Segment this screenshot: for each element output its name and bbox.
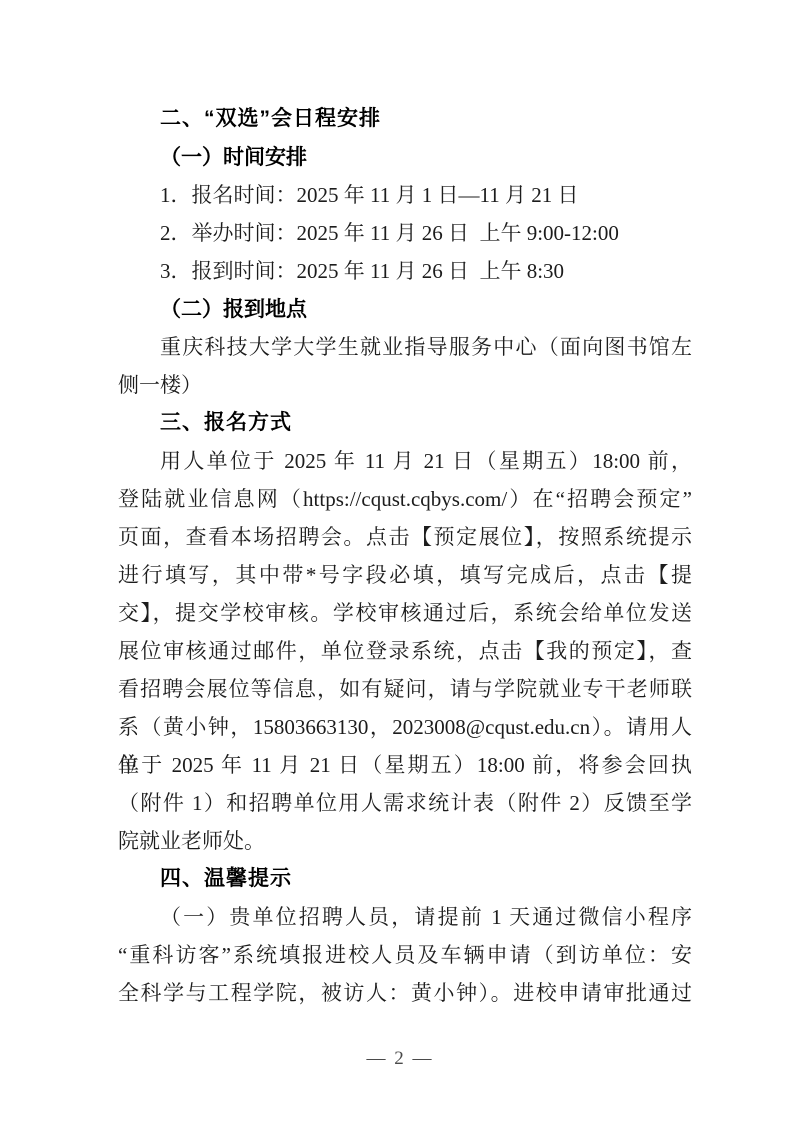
document-line-body: 看招聘会展位等信息，如有疑问，请与学院就业专干老师联 xyxy=(118,670,692,708)
document-line-body: 系（黄小钟，15803663130，2023008@cqust.edu.cn）。… xyxy=(118,708,692,746)
document-page: 二、“双选”会日程安排（一）时间安排1．报名时间：2025 年 11 月 1 日… xyxy=(0,0,800,1131)
document-line-subheading: （一）时间安排 xyxy=(118,138,692,176)
document-line-heading: 三、报名方式 xyxy=(118,404,692,442)
document-line-body: 页面，查看本场招聘会。点击【预定展位】，按照系统提示 xyxy=(118,518,692,556)
document-line-subheading: （二）报到地点 xyxy=(118,290,692,328)
document-line-body: 重庆科技大学大学生就业指导服务中心（面向图书馆左 xyxy=(118,328,692,366)
document-line-body: 1．报名时间：2025 年 11 月 1 日—11 月 21 日 xyxy=(118,176,692,214)
document-line-heading: 四、温馨提示 xyxy=(118,860,692,898)
document-line-heading: 二、“双选”会日程安排 xyxy=(118,100,692,138)
document-line-body: 3．报到时间：2025 年 11 月 26 日 上午 8:30 xyxy=(118,252,692,290)
document-line-body: 2．举办时间：2025 年 11 月 26 日 上午 9:00-12:00 xyxy=(118,214,692,252)
document-line-body: 院就业老师处。 xyxy=(118,822,692,860)
document-line-body: 全科学与工程学院，被访人：黄小钟）。进校申请审批通过 xyxy=(118,974,692,1012)
document-line-body: 登陆就业信息网（https://cqust.cqbys.com/）在“招聘会预定… xyxy=(118,480,692,518)
document-line-body: 展位审核通过邮件，单位登录系统，点击【我的预定】，查 xyxy=(118,632,692,670)
document-line-body: 位于 2025 年 11 月 21 日（星期五）18:00 前，将参会回执 xyxy=(118,746,692,784)
document-line-body: 侧一楼） xyxy=(118,366,692,404)
document-line-body: （附件 1）和招聘单位用人需求统计表（附件 2）反馈至学 xyxy=(118,784,692,822)
document-line-body: 交】，提交学校审核。学校审核通过后，系统会给单位发送 xyxy=(118,594,692,632)
document-line-body: 进行填写，其中带*号字段必填，填写完成后，点击【提 xyxy=(118,556,692,594)
document-content: 二、“双选”会日程安排（一）时间安排1．报名时间：2025 年 11 月 1 日… xyxy=(118,100,692,1012)
page-number: — 2 — xyxy=(0,1046,800,1072)
document-line-body: （一）贵单位招聘人员，请提前 1 天通过微信小程序 xyxy=(118,898,692,936)
document-line-body: 用人单位于 2025 年 11 月 21 日（星期五）18:00 前， xyxy=(118,442,692,480)
document-line-body: “重科访客”系统填报进校人员及车辆申请（到访单位：安 xyxy=(118,936,692,974)
